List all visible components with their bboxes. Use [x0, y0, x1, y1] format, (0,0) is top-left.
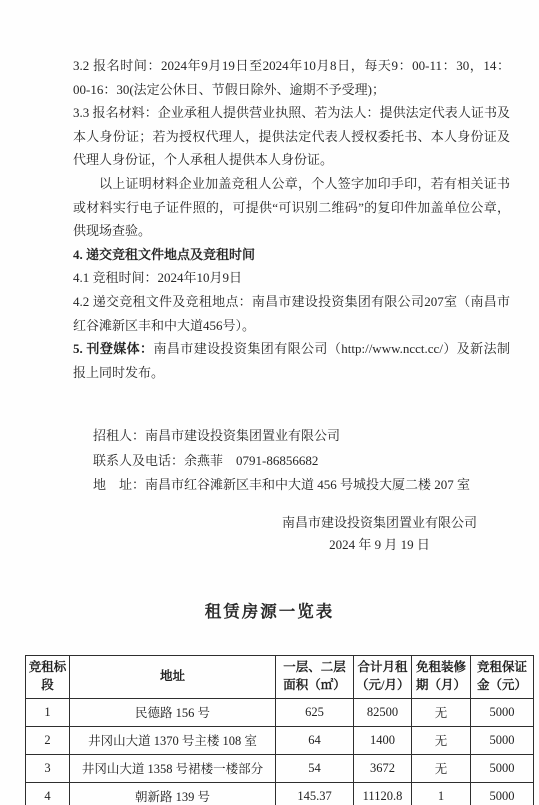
table-cell: 145.37 [276, 782, 354, 805]
contact-block: 招租人：南昌市建设投资集团置业有限公司 联系人及电话：余燕菲 0791-8685… [93, 424, 539, 498]
table-cell: 54 [276, 754, 354, 782]
table-cell: 3672 [354, 754, 412, 782]
notice-body: 3.2 报名时间：2024年9月19日至2024年10月8日，每天9：00-11… [73, 54, 510, 384]
table-cell: 11120.8 [354, 782, 412, 805]
table-cell: 井冈山大道 1370 号主楼 108 室 [70, 726, 276, 754]
table-cell: 井冈山大道 1358 号裙楼一楼部分 [70, 754, 276, 782]
table-row: 2井冈山大道 1370 号主楼 108 室641400无5000 [26, 726, 534, 754]
paragraph-prefix: 5. 刊登媒体： [73, 341, 153, 356]
notice-paragraph: 4.1 竞租时间：2024年10月9日 [73, 266, 510, 290]
table-cell: 朝新路 139 号 [70, 782, 276, 805]
contact-phone-line: 联系人及电话：余燕菲 0791-86856682 [93, 449, 539, 474]
table-cell: 64 [276, 726, 354, 754]
column-header: 竞租保证金（元） [471, 655, 534, 698]
document-page: 3.2 报名时间：2024年9月19日至2024年10月8日，每天9：00-11… [0, 0, 539, 805]
lessor-line: 招租人：南昌市建设投资集团置业有限公司 [93, 424, 539, 449]
notice-paragraph: 4. 递交竞租文件地点及竞租时间 [73, 243, 510, 267]
table-cell: 5000 [471, 698, 534, 726]
table-row: 1民德路 156 号62582500无5000 [26, 698, 534, 726]
address-line: 地 址：南昌市红谷滩新区丰和中大道 456 号城投大厦二楼 207 室 [93, 473, 539, 498]
table-cell: 5000 [471, 726, 534, 754]
table-cell: 民德路 156 号 [70, 698, 276, 726]
table-cell: 1400 [354, 726, 412, 754]
signature-date: 2024 年 9 月 19 日 [282, 534, 477, 556]
table-cell: 2 [26, 726, 70, 754]
table-cell: 5000 [471, 782, 534, 805]
rental-listing-table: 竞租标段地址一层、二层面积（㎡）合计月租（元/月）免租装修期（月）竞租保证金（元… [25, 655, 534, 805]
column-header: 免租装修期（月） [412, 655, 471, 698]
signature-block: 南昌市建设投资集团置业有限公司 2024 年 9 月 19 日 [282, 512, 477, 556]
notice-paragraph: 5. 刊登媒体：南昌市建设投资集团有限公司（http://www.ncct.cc… [73, 337, 510, 384]
notice-paragraph: 以上证明材料企业加盖竞租人公章，个人签字加印手印，若有相关证书或材料实行电子证件… [73, 172, 510, 243]
table-cell: 625 [276, 698, 354, 726]
table-cell: 4 [26, 782, 70, 805]
notice-paragraph: 3.3 报名材料：企业承租人提供营业执照、若为法人：提供法定代表人证书及本人身份… [73, 101, 510, 172]
table-cell: 无 [412, 754, 471, 782]
table-cell: 82500 [354, 698, 412, 726]
notice-paragraph: 3.2 报名时间：2024年9月19日至2024年10月8日，每天9：00-11… [73, 54, 510, 101]
table-header-row: 竞租标段地址一层、二层面积（㎡）合计月租（元/月）免租装修期（月）竞租保证金（元… [26, 655, 534, 698]
column-header: 竞租标段 [26, 655, 70, 698]
table-cell: 3 [26, 754, 70, 782]
column-header: 合计月租（元/月） [354, 655, 412, 698]
table-cell: 5000 [471, 754, 534, 782]
table-row: 3井冈山大道 1358 号裙楼一楼部分543672无5000 [26, 754, 534, 782]
signature-company: 南昌市建设投资集团置业有限公司 [282, 512, 477, 534]
table-cell: 1 [26, 698, 70, 726]
table-cell: 无 [412, 726, 471, 754]
table-row: 4朝新路 139 号145.3711120.815000 [26, 782, 534, 805]
notice-paragraph: 4.2 递交竞租文件及竞租地点：南昌市建设投资集团有限公司207室（南昌市红谷滩… [73, 290, 510, 337]
column-header: 一层、二层面积（㎡） [276, 655, 354, 698]
table-cell: 1 [412, 782, 471, 805]
table-cell: 无 [412, 698, 471, 726]
column-header: 地址 [70, 655, 276, 698]
table-title: 租赁房源一览表 [0, 598, 539, 622]
